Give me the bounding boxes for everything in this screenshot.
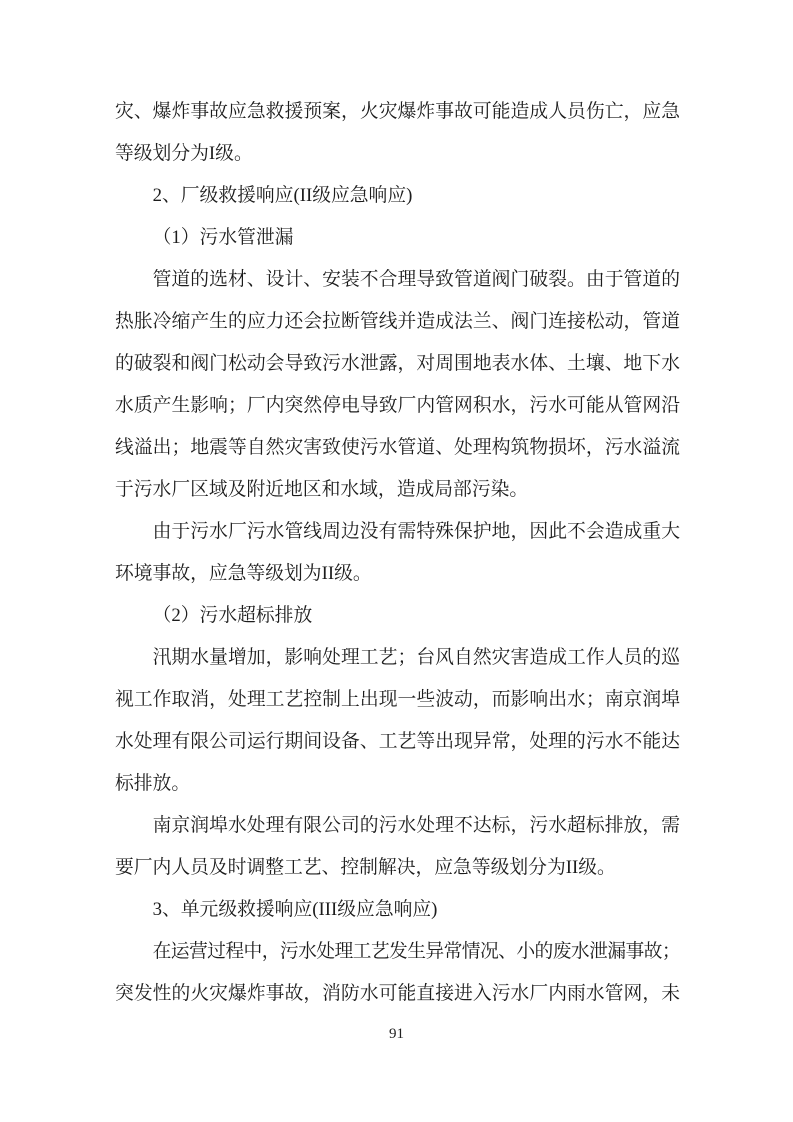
- heading-level-2: 2、厂级救援响应(II级应急响应): [115, 175, 680, 217]
- text-line: 线溢出；地震等自然灾害致使污水管道、处理构筑物损坏，污水溢流: [115, 427, 680, 469]
- text-line: 热胀冷缩产生的应力还会拉断管线并造成法兰、阀门连接松动，管道: [115, 301, 680, 343]
- text-line: 汛期水量增加，影响处理工艺；台风自然灾害造成工作人员的巡: [115, 637, 680, 679]
- text-line: 突发性的火灾爆炸事故，消防水可能直接进入污水厂内雨水管网，未: [115, 973, 680, 1015]
- text-line: 的破裂和阀门松动会导致污水泄露，对周围地表水体、土壤、地下水: [115, 343, 680, 385]
- text-line: 环境事故，应急等级划为II级。: [115, 553, 680, 595]
- text-line: 等级划分为I级。: [115, 133, 680, 175]
- text-line: 标排放。: [115, 763, 680, 805]
- text-line: 在运营过程中，污水处理工艺发生异常情况、小的废水泄漏事故；: [115, 931, 680, 973]
- text-line: 于污水厂区域及附近地区和水域，造成局部污染。: [115, 469, 680, 511]
- heading-item-1: （1）污水管泄漏: [115, 217, 680, 259]
- document-page: 灾、爆炸事故应急救援预案，火灾爆炸事故可能造成人员伤亡，应急 等级划分为I级。 …: [0, 0, 793, 1122]
- heading-item-2: （2）污水超标排放: [115, 595, 680, 637]
- page-number: 91: [0, 1024, 793, 1044]
- body-text: 灾、爆炸事故应急救援预案，火灾爆炸事故可能造成人员伤亡，应急 等级划分为I级。 …: [115, 91, 680, 1015]
- text-line: 水处理有限公司运行期间设备、工艺等出现异常，处理的污水不能达: [115, 721, 680, 763]
- text-line: 视工作取消，处理工艺控制上出现一些波动，而影响出水；南京润埠: [115, 679, 680, 721]
- text-line: 管道的选材、设计、安装不合理导致管道阀门破裂。由于管道的: [115, 259, 680, 301]
- text-line: 南京润埠水处理有限公司的污水处理不达标，污水超标排放，需: [115, 805, 680, 847]
- text-line: 水质产生影响；厂内突然停电导致厂内管网积水，污水可能从管网沿: [115, 385, 680, 427]
- heading-level-3: 3、单元级救援响应(III级应急响应): [115, 889, 680, 931]
- text-line: 要厂内人员及时调整工艺、控制解决，应急等级划分为II级。: [115, 847, 680, 889]
- text-line: 由于污水厂污水管线周边没有需特殊保护地，因此不会造成重大: [115, 511, 680, 553]
- text-line: 灾、爆炸事故应急救援预案，火灾爆炸事故可能造成人员伤亡，应急: [115, 91, 680, 133]
